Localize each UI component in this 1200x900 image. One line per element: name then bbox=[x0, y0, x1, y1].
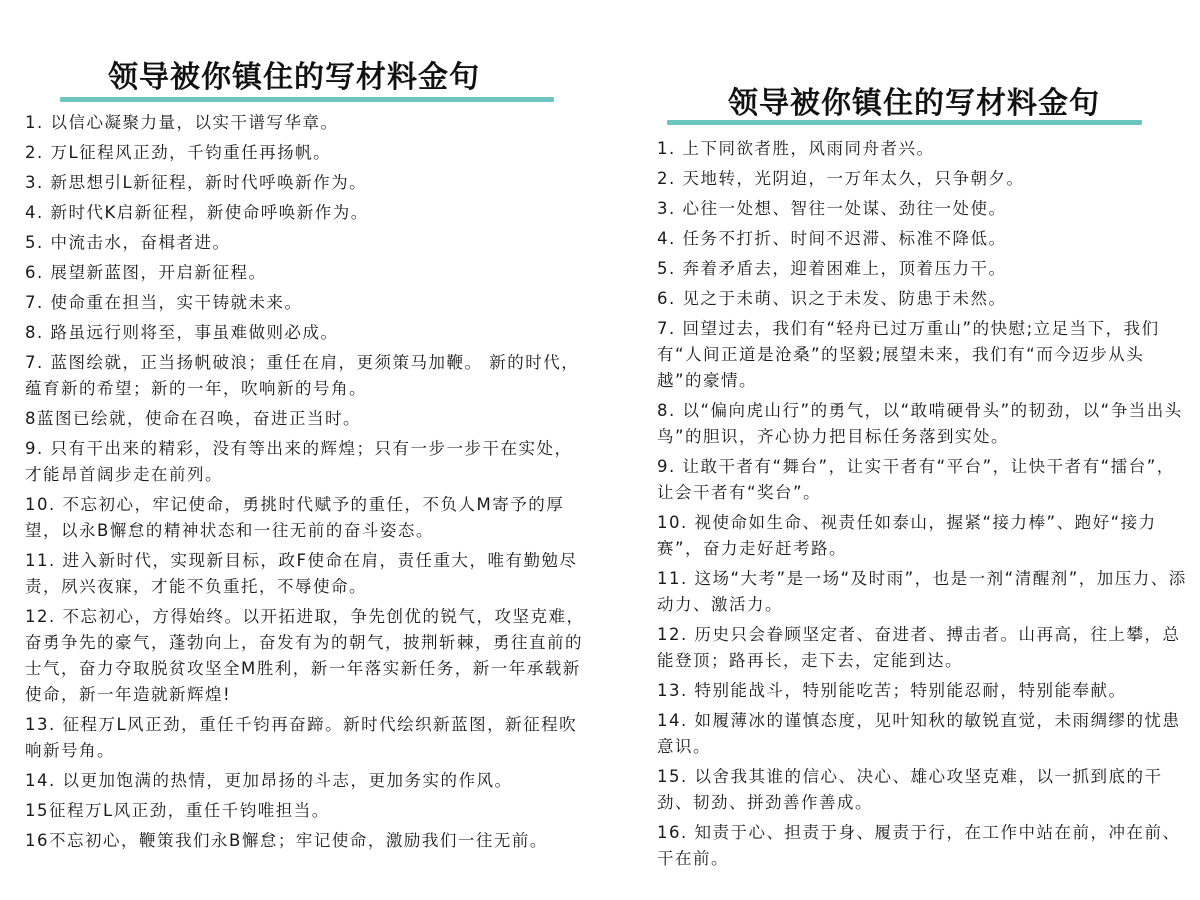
left-title-divider bbox=[60, 97, 554, 102]
left-quote-list: 1. 以信心凝聚力量，以实干谱写华章。 2. 万L征程风正劲，千钧重任再扬帆。 … bbox=[25, 110, 585, 858]
left-document-panel: 领导被你镇住的写材料金句 1. 以信心凝聚力量，以实干谱写华章。 2. 万L征程… bbox=[0, 0, 600, 900]
quote-item: 7. 回望过去，我们有“轻舟已过万重山”的快慰;立足当下，我们有“人间正道是沧桑… bbox=[657, 316, 1187, 394]
quote-item: 10. 不忘初心，牢记使命，勇挑时代赋予的重任，不负人M寄予的厚望，以永B懈怠的… bbox=[25, 492, 585, 544]
quote-item: 4. 新时代K启新征程，新使命呼唤新作为。 bbox=[25, 200, 585, 226]
quote-item: 12. 不忘初心，方得始终。以开拓进取，争先创优的锐气，攻坚克难，奋勇争先的豪气… bbox=[25, 604, 585, 708]
quote-item: 3. 新思想引L新征程，新时代呼唤新作为。 bbox=[25, 170, 585, 196]
quote-item: 2. 万L征程风正劲，千钧重任再扬帆。 bbox=[25, 140, 585, 166]
right-document-panel: 领导被你镇住的写材料金句 1. 上下同欲者胜，风雨同舟者兴。 2. 天地转，光阴… bbox=[630, 0, 1200, 900]
left-page-title: 领导被你镇住的写材料金句 bbox=[108, 52, 480, 96]
quote-item: 12. 历史只会眷顾坚定者、奋进者、搏击者。山再高，往上攀，总能登顶；路再长，走… bbox=[657, 622, 1187, 674]
quote-item: 8蓝图已绘就，使命在召唤，奋进正当时。 bbox=[25, 406, 585, 432]
quote-item: 1. 以信心凝聚力量，以实干谱写华章。 bbox=[25, 110, 585, 136]
quote-item: 5. 奔着矛盾去，迎着困难上，顶着压力干。 bbox=[657, 256, 1187, 282]
quote-item: 3. 心往一处想、智往一处谋、劲往一处使。 bbox=[657, 196, 1187, 222]
right-page-title: 领导被你镇住的写材料金句 bbox=[728, 78, 1100, 122]
quote-item: 16不忘初心，鞭策我们永B懈怠；牢记使命，激励我们一往无前。 bbox=[25, 828, 585, 854]
quote-item: 7. 蓝图绘就，正当扬帆破浪；重任在肩，更须策马加鞭。 新的时代，蕴育新的希望；… bbox=[25, 350, 585, 402]
quote-item: 1. 上下同欲者胜，风雨同舟者兴。 bbox=[657, 136, 1187, 162]
quote-item: 8. 路虽远行则将至，事虽难做则必成。 bbox=[25, 320, 585, 346]
quote-item: 6. 展望新蓝图，开启新征程。 bbox=[25, 260, 585, 286]
quote-item: 7. 使命重在担当，实干铸就未来。 bbox=[25, 290, 585, 316]
quote-item: 13. 特别能战斗，特别能吃苦；特别能忍耐，特别能奉献。 bbox=[657, 678, 1187, 704]
quote-item: 6. 见之于未萌、识之于未发、防患于未然。 bbox=[657, 286, 1187, 312]
quote-item: 4. 任务不打折、时间不迟滞、标准不降低。 bbox=[657, 226, 1187, 252]
quote-item: 13. 征程万L风正劲，重任千钧再奋蹄。新时代绘织新蓝图，新征程吹响新号角。 bbox=[25, 712, 585, 764]
quote-item: 2. 天地转，光阴迫，一万年太久，只争朝夕。 bbox=[657, 166, 1187, 192]
quote-item: 5. 中流击水，奋楫者进。 bbox=[25, 230, 585, 256]
quote-item: 11. 进入新时代，实现新目标，政F使命在肩，责任重大，唯有勤勉尽责，夙兴夜寐，… bbox=[25, 548, 585, 600]
quote-item: 15征程万L风正劲，重任千钧唯担当。 bbox=[25, 798, 585, 824]
quote-item: 15. 以舍我其谁的信心、决心、雄心攻坚克难，以一抓到底的干劲、韧劲、拼劲善作善… bbox=[657, 764, 1187, 816]
quote-item: 9. 只有干出来的精彩，没有等出来的辉煌；只有一步一步干在实处，才能昂首阔步走在… bbox=[25, 436, 585, 488]
quote-item: 8. 以“偏向虎山行”的勇气，以“敢啃硬骨头”的韧劲，以“争当出头鸟”的胆识，齐… bbox=[657, 398, 1187, 450]
right-title-divider bbox=[667, 120, 1142, 125]
quote-item: 9. 让敢干者有“舞台”，让实干者有“平台”，让快干者有“擂台”，让会干者有“奖… bbox=[657, 454, 1187, 506]
quote-item: 16. 知责于心、担责于身、履责于行，在工作中站在前，冲在前、干在前。 bbox=[657, 820, 1187, 872]
quote-item: 14. 以更加饱满的热情，更加昂扬的斗志，更加务实的作风。 bbox=[25, 768, 585, 794]
quote-item: 10. 视使命如生命、视责任如泰山，握紧“接力棒”、跑好“接力赛”，奋力走好赶考… bbox=[657, 510, 1187, 562]
quote-item: 11. 这场“大考”是一场“及时雨”，也是一剂“清醒剂”，加压力、添动力、激活力… bbox=[657, 566, 1187, 618]
quote-item: 14. 如履薄冰的谨慎态度，见叶知秋的敏锐直觉，未雨绸缪的忧患意识。 bbox=[657, 708, 1187, 760]
right-quote-list: 1. 上下同欲者胜，风雨同舟者兴。 2. 天地转，光阴迫，一万年太久，只争朝夕。… bbox=[657, 136, 1187, 876]
